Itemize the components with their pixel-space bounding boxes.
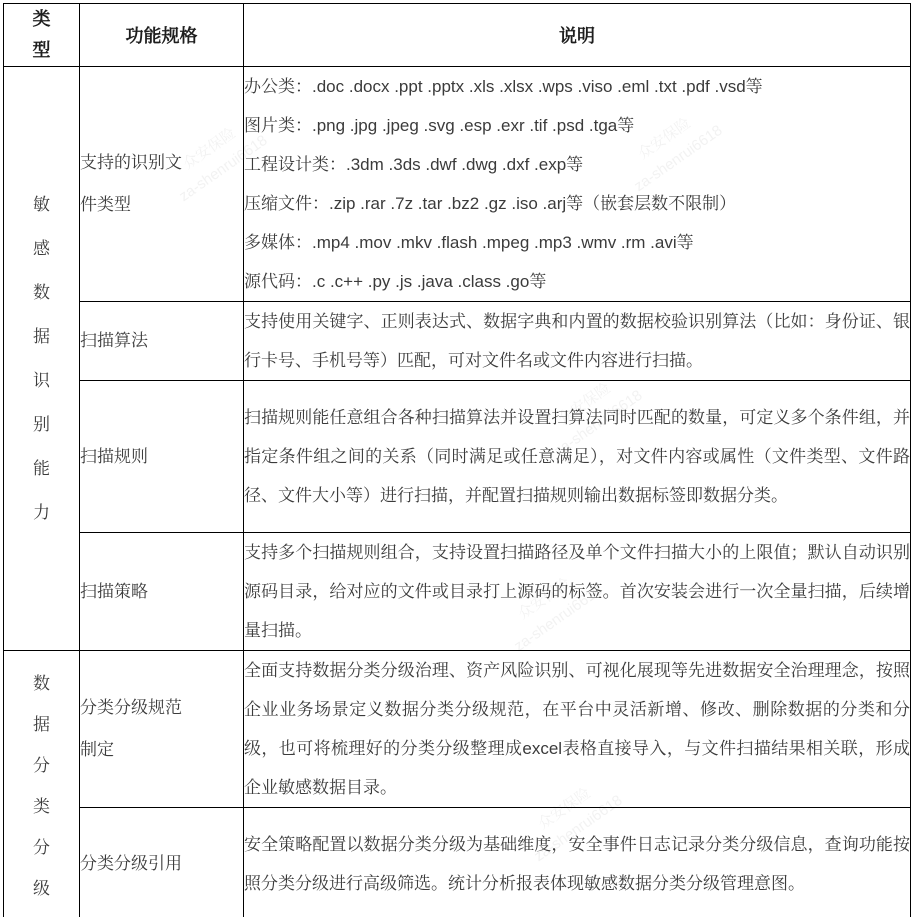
spec-label: 扫描算法 [80,320,192,362]
header-cell-spec: 功能规格 [80,4,244,67]
table-row: 扫描算法 支持使用关键字、正则表达式、数据字典和内置的数据校验识别算法（比如：身… [4,302,911,381]
spec-cell-classification-standard: 分类分级规范制定 [80,651,244,808]
desc-line: 压缩文件：.zip .rar .7z .tar .bz2 .gz .iso .a… [244,184,910,223]
document-page: 众安保险 za-shenrui6618 众安保险 za-shenrui6618 … [0,0,916,917]
desc-cell-classification-standard: 全面支持数据分类分级治理、资产风险识别、可视化展现等先进数据安全治理理念，按照企… [244,651,911,808]
desc-cell-file-types: 办公类：.doc .docx .ppt .pptx .xls .xlsx .wp… [244,67,911,302]
desc-line: 图片类：.png .jpg .jpeg .svg .esp .exr .tif … [244,106,910,145]
desc-cell-scan-strategy: 支持多个扫描规则组合，支持设置扫描路径及单个文件扫描大小的上限值；默认自动识别源… [244,533,911,651]
header-type-label: 类型 [31,4,52,66]
header-cell-desc: 说明 [244,4,911,67]
spec-label: 分类分级引用 [80,843,192,885]
table-row: 分类分级引用 安全策略配置以数据分类分级为基础维度，安全事件日志记录分类分级信息… [4,808,911,917]
desc-line: 办公类：.doc .docx .ppt .pptx .xls .xlsx .wp… [244,67,910,106]
spec-label: 分类分级规范制定 [80,687,192,771]
desc-line: 多媒体：.mp4 .mov .mkv .flash .mpeg .mp3 .wm… [244,223,910,262]
table-row: 数据分类分级 分类分级规范制定 全面支持数据分类分级治理、资产风险识别、可视化展… [4,651,911,808]
spec-cell-file-types: 支持的识别文件类型 [80,67,244,302]
desc-line: 源代码：.c .c++ .py .js .java .class .go等 [244,262,910,301]
desc-cell-scan-algorithm: 支持使用关键字、正则表达式、数据字典和内置的数据校验识别算法（比如：身份证、银行… [244,302,911,381]
desc-line: 工程设计类：.3dm .3ds .dwf .dwg .dxf .exp等 [244,145,910,184]
spec-label: 扫描策略 [80,571,192,613]
header-spec-label: 功能规格 [126,26,198,46]
header-row: 类型 功能规格 说明 [4,4,911,67]
table-row: 扫描策略 支持多个扫描规则组合，支持设置扫描路径及单个文件扫描大小的上限值；默认… [4,533,911,651]
spec-label: 支持的识别文件类型 [80,142,192,226]
spec-cell-scan-strategy: 扫描策略 [80,533,244,651]
table-row: 扫描规则 扫描规则能任意组合各种扫描算法并设置扫算法同时匹配的数量，可定义多个条… [4,381,911,533]
desc-cell-classification-reference: 安全策略配置以数据分类分级为基础维度，安全事件日志记录分类分级信息，查询功能按照… [244,808,911,917]
category-cell-data-classification: 数据分类分级 [4,651,80,917]
desc-cell-scan-rules: 扫描规则能任意组合各种扫描算法并设置扫算法同时匹配的数量，可定义多个条件组，并指… [244,381,911,533]
spec-cell-classification-reference: 分类分级引用 [80,808,244,917]
table-row: 敏感数据识别能力 支持的识别文件类型 办公类：.doc .docx .ppt .… [4,67,911,302]
category-cell-sensitive-data-recognition: 敏感数据识别能力 [4,67,80,651]
category-label: 敏感数据识别能力 [31,183,51,535]
header-cell-type: 类型 [4,4,80,67]
category-label: 数据分类分级 [31,663,51,909]
spec-label: 扫描规则 [80,436,192,478]
desc-line-list: 办公类：.doc .docx .ppt .pptx .xls .xlsx .wp… [244,67,910,301]
spec-cell-scan-rules: 扫描规则 [80,381,244,533]
spec-cell-scan-algorithm: 扫描算法 [80,302,244,381]
spec-table: 类型 功能规格 说明 敏感数据识别能力 支持的识别文件类型 办公类：.doc .… [3,3,911,917]
header-desc-label: 说明 [559,26,595,46]
